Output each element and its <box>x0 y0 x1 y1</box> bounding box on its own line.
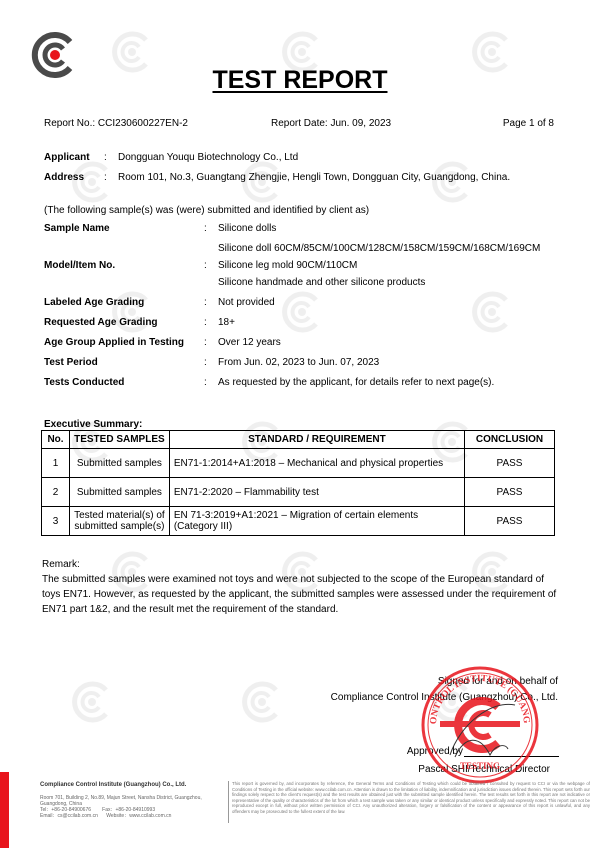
colon: : <box>204 337 207 349</box>
sample-info-value: 18+ <box>218 317 235 329</box>
table-header-row: No. TESTED SAMPLES STANDARD / REQUIREMEN… <box>42 431 555 449</box>
applicant-label: Applicant <box>44 152 90 164</box>
sample-info-row: Test Period:From Jun. 02, 2023 to Jun. 0… <box>44 357 574 374</box>
column-header: TESTED SAMPLES <box>69 431 169 449</box>
sample-info-value: Silicone handmade and other silicone pro… <box>218 277 425 289</box>
column-header: CONCLUSION <box>465 431 555 449</box>
sample-info-row: Sample Name:Silicone dolls <box>44 223 574 240</box>
sample-info-row: Age Group Applied in Testing:Over 12 yea… <box>44 337 574 354</box>
executive-summary-table: No. TESTED SAMPLES STANDARD / REQUIREMEN… <box>41 430 555 536</box>
footer-company: Compliance Control Institute (Guangzhou)… <box>40 782 186 788</box>
sample-info-value: Over 12 years <box>218 337 281 349</box>
address-label: Address <box>44 172 84 184</box>
sample-info-value: Silicone leg mold 90CM/110CM <box>218 260 357 272</box>
executive-summary-heading: Executive Summary: <box>44 419 142 430</box>
sample-info-label: Tests Conducted <box>44 377 124 389</box>
cell-conclusion: PASS <box>465 507 555 536</box>
footer-divider <box>228 781 229 823</box>
cell-no: 1 <box>42 449 70 478</box>
sample-info-label: Test Period <box>44 357 98 369</box>
applicant-row: Applicant : Dongguan Youqu Biotechnology… <box>44 152 564 166</box>
colon: : <box>204 223 207 235</box>
footer-website[interactable]: Website：www.ccilab.com.cn <box>106 813 171 819</box>
sample-info-label: Model/Item No. <box>44 260 115 272</box>
colon: : <box>204 377 207 389</box>
sample-info-label: Labeled Age Grading <box>44 297 144 309</box>
cell-conclusion: PASS <box>465 449 555 478</box>
sample-info-row: Model/Item No.:Silicone doll 60CM/85CM/1… <box>44 243 574 294</box>
address-row: Address : Room 101, No.3, Guangtang Zhen… <box>44 172 564 186</box>
column-header: STANDARD / REQUIREMENT <box>169 431 464 449</box>
sample-info-row: Requested Age Grading:18+ <box>44 317 574 334</box>
colon: : <box>104 172 107 184</box>
colon: : <box>204 260 207 272</box>
sample-info-label: Age Group Applied in Testing <box>44 337 184 349</box>
applicant-value: Dongguan Youqu Biotechnology Co., Ltd <box>118 152 298 164</box>
cell-conclusion: PASS <box>465 478 555 507</box>
cell-standard: EN 71-3:2019+A1:2021 – Migration of cert… <box>169 507 464 536</box>
sample-info-label: Sample Name <box>44 223 110 235</box>
table-row: 2Submitted samplesEN71-2:2020 – Flammabi… <box>42 478 555 507</box>
sample-info-value: Silicone dolls <box>218 223 276 235</box>
footer-terms: This report is governed by, and incorpor… <box>232 781 590 815</box>
column-header: No. <box>42 431 70 449</box>
watermark-logo-icon <box>70 680 114 724</box>
watermark-logo-icon <box>240 680 284 724</box>
cell-standard: EN71-1:2014+A1:2018 – Mechanical and phy… <box>169 449 464 478</box>
sample-info-value: Not provided <box>218 297 275 309</box>
footer-accent-bar <box>0 772 9 848</box>
report-number: Report No.: CCI230600227EN-2 <box>44 118 188 129</box>
cell-standard: EN71-2:2020 – Flammability test <box>169 478 464 507</box>
remark-heading: Remark: <box>42 557 562 572</box>
company-seal-stamp: COMPLIANCE CONTROL INSTITUTE (GUANGZHOU)… <box>420 665 540 785</box>
remark-text: The submitted samples were examined not … <box>42 572 562 617</box>
page-title: TEST REPORT <box>0 66 600 95</box>
footer-email[interactable]: Email：cs@ccilab.com.cn <box>40 813 98 819</box>
colon: : <box>204 357 207 369</box>
address-value: Room 101, No.3, Guangtang Zhengjie, Heng… <box>118 172 510 184</box>
sample-info-value: As requested by the applicant, for detai… <box>218 377 494 389</box>
remark-section: Remark: The submitted samples were exami… <box>42 557 562 617</box>
cell-no: 3 <box>42 507 70 536</box>
cell-sample: Submitted samples <box>69 478 169 507</box>
table-row: 3Tested material(s) of submitted sample(… <box>42 507 555 536</box>
stamp-bottom-text: TESTING <box>460 761 500 771</box>
colon: : <box>204 297 207 309</box>
footer-address: Room 701, Building 2, No.89, Majun Stree… <box>40 795 225 807</box>
sample-info-value: From Jun. 02, 2023 to Jun. 07, 2023 <box>218 357 379 369</box>
sample-info-label: Requested Age Grading <box>44 317 158 329</box>
colon: : <box>104 152 107 164</box>
page-number: Page 1 of 8 <box>503 118 554 129</box>
report-date: Report Date: Jun. 09, 2023 <box>271 118 391 129</box>
cell-sample: Tested material(s) of submitted sample(s… <box>69 507 169 536</box>
sample-info-row: Tests Conducted:As requested by the appl… <box>44 377 574 394</box>
table-row: 1Submitted samplesEN71-1:2014+A1:2018 – … <box>42 449 555 478</box>
sample-note: (The following sample(s) was (were) subm… <box>44 205 369 216</box>
footer-address-block: Room 701, Building 2, No.89, Majun Stree… <box>40 795 225 819</box>
sample-info-value: Silicone doll 60CM/85CM/100CM/128CM/158C… <box>218 243 540 255</box>
cell-sample: Submitted samples <box>69 449 169 478</box>
sample-info-row: Labeled Age Grading:Not provided <box>44 297 574 314</box>
cell-no: 2 <box>42 478 70 507</box>
colon: : <box>204 317 207 329</box>
